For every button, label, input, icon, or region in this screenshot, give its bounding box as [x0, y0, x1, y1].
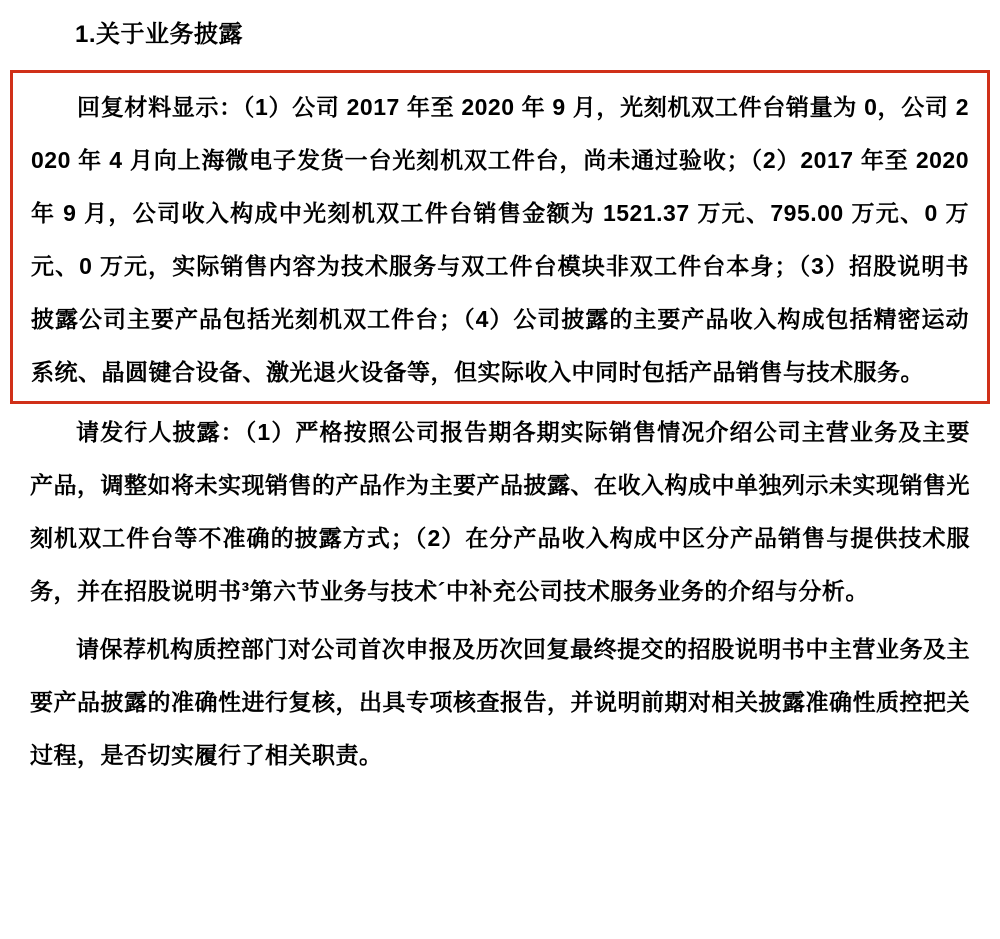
document-page: 1.关于业务披露 回复材料显示：（1）公司 2017 年至 2020 年 9 月… — [0, 0, 1000, 782]
paragraph-issuer-disclosure-request: 请发行人披露：（1）严格按照公司报告期各期实际销售情况介绍公司主营业务及主要产品… — [30, 406, 970, 618]
highlight-box: 回复材料显示：（1）公司 2017 年至 2020 年 9 月，光刻机双工件台销… — [10, 70, 990, 404]
boxed-reply-paragraph: 回复材料显示：（1）公司 2017 年至 2020 年 9 月，光刻机双工件台销… — [31, 81, 969, 399]
section-heading: 1.关于业务披露 — [0, 20, 970, 50]
paragraph-sponsor-qc-request: 请保荐机构质控部门对公司首次申报及历次回复最终提交的招股说明书中主营业务及主要产… — [30, 623, 970, 782]
